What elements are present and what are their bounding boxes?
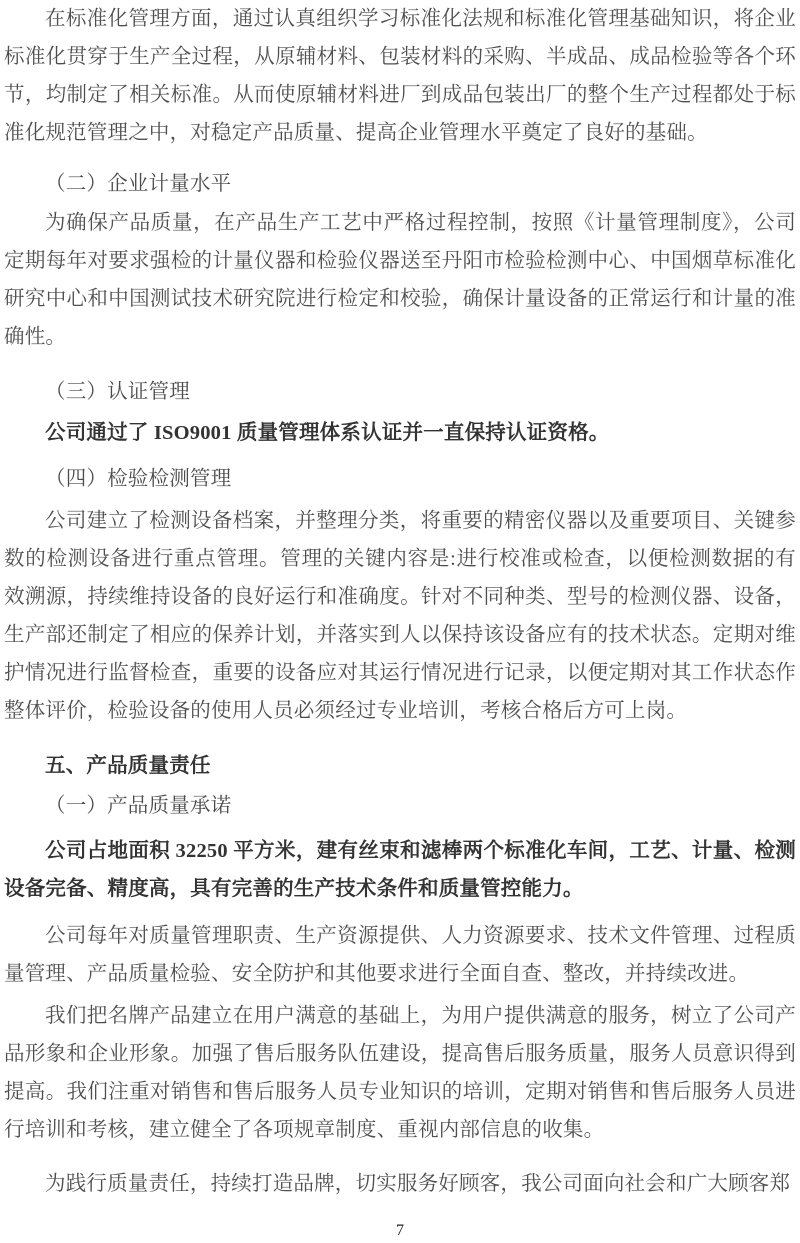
paragraph-standardization-management: 在标准化管理方面，通过认真组织学习标准化法规和标准化管理基础知识，将企业标准化贯…	[4, 0, 796, 152]
heading-inspection-testing-management: （四）检验检测管理	[4, 460, 796, 498]
paragraph-annual-self-inspection: 公司每年对质量管理职责、生产资源提供、人力资源要求、技术文件管理、过程质量管理、…	[4, 917, 796, 993]
paragraph-company-area-facilities: 公司占地面积 32250 平方米，建有丝束和滤棒两个标准化车间，工艺、计量、检测…	[4, 832, 796, 908]
page-number: 7	[4, 1221, 796, 1241]
heading-product-quality-commitment: （一）产品质量承诺	[4, 787, 796, 825]
paragraph-customer-satisfaction-service: 我们把名牌产品建立在用户满意的基础上，为用户提供满意的服务，树立了公司产品形象和…	[4, 997, 796, 1149]
paragraph-iso9001-certification: 公司通过了 ISO9001 质量管理体系认证并一直保持认证资格。	[4, 414, 796, 452]
heading-certification-management: （三）认证管理	[4, 373, 796, 411]
paragraph-quality-responsibility-pledge: 为践行质量责任，持续打造品牌，切实服务好顾客，我公司面向社会和广大顾客郑	[4, 1165, 796, 1203]
heading-product-quality-responsibility: 五、产品质量责任	[4, 747, 796, 785]
paragraph-metrology-assurance: 为确保产品质量，在产品生产工艺中严格过程控制，按照《计量管理制度》，公司定期每年…	[4, 204, 796, 356]
heading-enterprise-metrology: （二）企业计量水平	[4, 165, 796, 203]
paragraph-testing-equipment-management: 公司建立了检测设备档案，并整理分类，将重要的精密仪器以及重要项目、关键参数的检测…	[4, 502, 796, 730]
document-page: 在标准化管理方面，通过认真组织学习标准化法规和标准化管理基础知识，将企业标准化贯…	[0, 0, 800, 1243]
